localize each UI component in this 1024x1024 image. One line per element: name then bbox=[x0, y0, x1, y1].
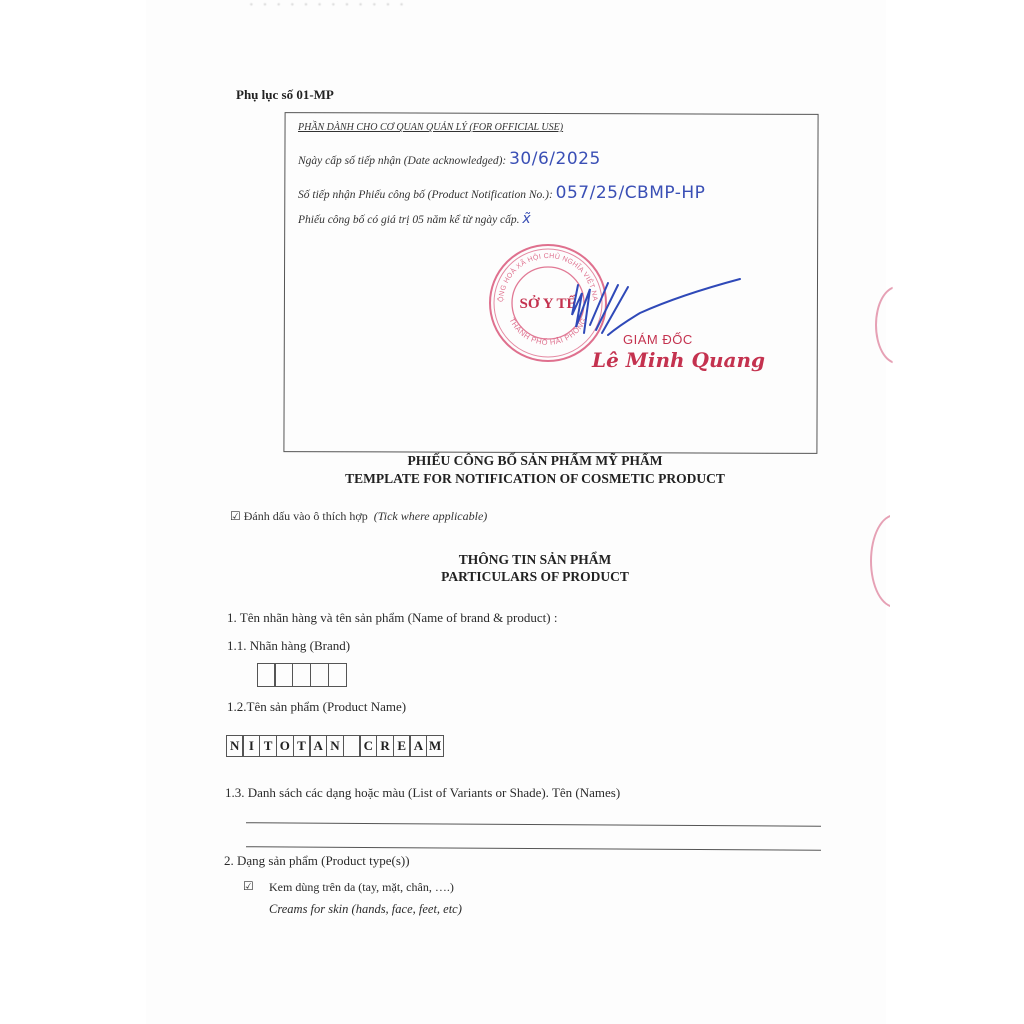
char-cell: O bbox=[276, 735, 294, 757]
notification-number-value: 057/25/CBMP-HP bbox=[556, 183, 706, 203]
item-1-3-variants-label: 1.3. Danh sách các dạng hoặc màu (List o… bbox=[225, 785, 620, 801]
char-cell: C bbox=[359, 735, 377, 757]
tick-note: ☑ Đánh dấu vào ô thích hợp (Tick where a… bbox=[230, 509, 487, 524]
tick-note-en: (Tick where applicable) bbox=[374, 509, 488, 523]
char-cell: R bbox=[376, 735, 394, 757]
char-cell: E bbox=[393, 735, 411, 757]
cream-label-en: Creams for skin (hands, face, feet, etc) bbox=[269, 902, 462, 917]
char-cell: I bbox=[242, 735, 260, 757]
char-cell bbox=[292, 663, 311, 687]
annex-label: Phụ lục số 01-MP bbox=[236, 87, 334, 103]
char-cell: M bbox=[426, 735, 444, 757]
date-acknowledged-label: Ngày cấp số tiếp nhận (Date acknowledged… bbox=[298, 155, 506, 167]
char-cell: N bbox=[226, 735, 244, 757]
form-title-vi: PHIẾU CÔNG BỐ SẢN PHẨM MỸ PHẨM bbox=[300, 453, 770, 469]
cream-label-vi: Kem dùng trên da (tay, mặt, chân, ….) bbox=[269, 880, 454, 895]
validity-row: Phiếu công bố có giá trị 05 năm kể từ ng… bbox=[298, 211, 531, 227]
checked-box-icon: ☑ bbox=[230, 509, 241, 523]
edge-stamp-bottom bbox=[870, 514, 920, 608]
notification-number-label: Số tiếp nhận Phiếu công bố (Product Noti… bbox=[298, 189, 553, 201]
item-1-heading: 1. Tên nhãn hàng và tên sản phẩm (Name o… bbox=[227, 610, 557, 626]
validity-text: Phiếu công bố có giá trị 05 năm kể từ ng… bbox=[298, 214, 520, 226]
cream-checkbox[interactable]: ☑ bbox=[243, 879, 254, 893]
signer-name: Lê Minh Quang bbox=[592, 348, 765, 372]
section-title-vi: THÔNG TIN SẢN PHẨM bbox=[400, 552, 670, 568]
char-cell: T bbox=[259, 735, 277, 757]
char-cell bbox=[257, 663, 276, 687]
tick-note-vi: Đánh dấu vào ô thích hợp bbox=[244, 509, 368, 523]
char-cell bbox=[310, 663, 329, 687]
char-cell bbox=[328, 663, 347, 687]
char-cell: T bbox=[293, 735, 311, 757]
bleed-through-text: · · · · · · · · · · · · bbox=[248, 0, 406, 17]
item-1-1-brand-label: 1.1. Nhãn hàng (Brand) bbox=[227, 638, 350, 654]
initials: x̃ bbox=[522, 211, 530, 227]
date-acknowledged-row: Ngày cấp số tiếp nhận (Date acknowledged… bbox=[298, 149, 601, 169]
brand-cells bbox=[258, 663, 347, 687]
char-cell: A bbox=[409, 735, 427, 757]
char-cell bbox=[274, 663, 293, 687]
char-cell: N bbox=[326, 735, 344, 757]
item-1-2-product-name-label: 1.2.Tên sản phẩm (Product Name) bbox=[227, 699, 406, 715]
notification-number-row: Số tiếp nhận Phiếu công bố (Product Noti… bbox=[298, 183, 705, 203]
form-title-en: TEMPLATE FOR NOTIFICATION OF COSMETIC PR… bbox=[300, 471, 770, 487]
product-name-cells: NITOTANCREAM bbox=[227, 735, 444, 757]
signer-title: GIÁM ĐỐC bbox=[623, 332, 693, 347]
char-cell bbox=[343, 735, 361, 757]
edge-stamp-top bbox=[875, 286, 919, 364]
char-cell: A bbox=[309, 735, 327, 757]
item-2-product-type-label: 2. Dạng sản phẩm (Product type(s)) bbox=[224, 853, 410, 869]
official-use-title: PHẦN DÀNH CHO CƠ QUAN QUẢN LÝ (FOR OFFIC… bbox=[298, 122, 563, 133]
section-title-en: PARTICULARS OF PRODUCT bbox=[400, 569, 670, 585]
date-acknowledged-value: 30/6/2025 bbox=[509, 149, 601, 169]
